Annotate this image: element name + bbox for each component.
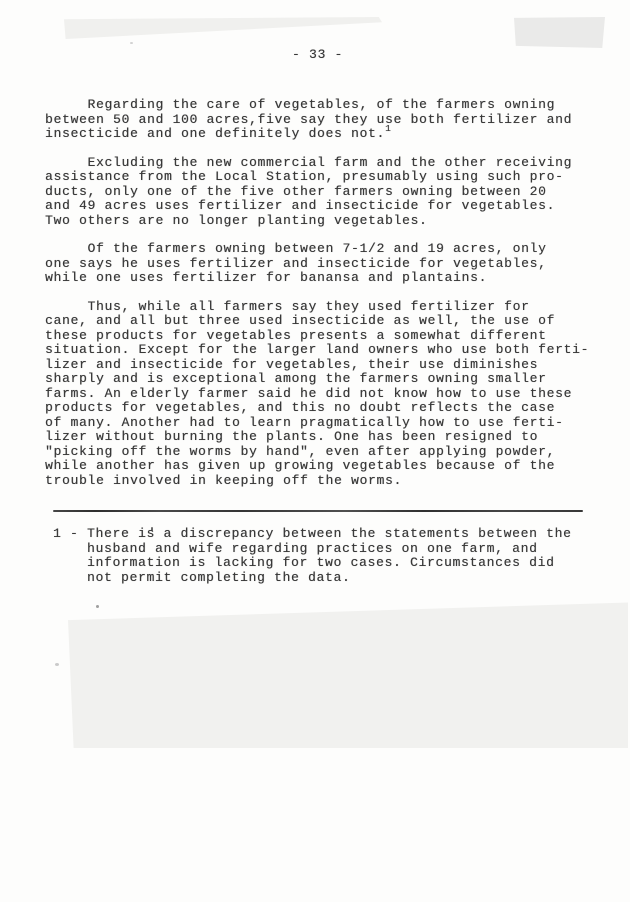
footnote-reference: 1 [385,123,391,134]
scan-shadow-top-band [64,17,382,39]
paragraph-4: Thus, while all farmers say they used fe… [45,300,590,489]
scan-speck [55,663,59,666]
scan-speck [130,42,133,44]
scan-shadow-top-right [514,17,605,48]
footnote-text: 1 - There is a discrepancy between the s… [53,527,590,585]
paragraph-1: Regarding the care of vegetables, of the… [45,98,590,142]
page-content: - 33 - Regarding the care of vegetables,… [45,47,590,585]
scanned-document-page: - 33 - Regarding the care of vegetables,… [0,0,630,902]
footnote-separator-rule [53,510,583,512]
paragraph-3: Of the farmers owning between 7-1/2 and … [45,242,590,286]
scan-shadow-bottom-region [68,601,628,748]
page-number: - 33 - [45,47,590,62]
paragraph-1-text: Regarding the care of vegetables, of the… [45,97,572,141]
paragraph-2: Excluding the new commercial farm and th… [45,156,590,229]
scan-speck [96,605,99,608]
